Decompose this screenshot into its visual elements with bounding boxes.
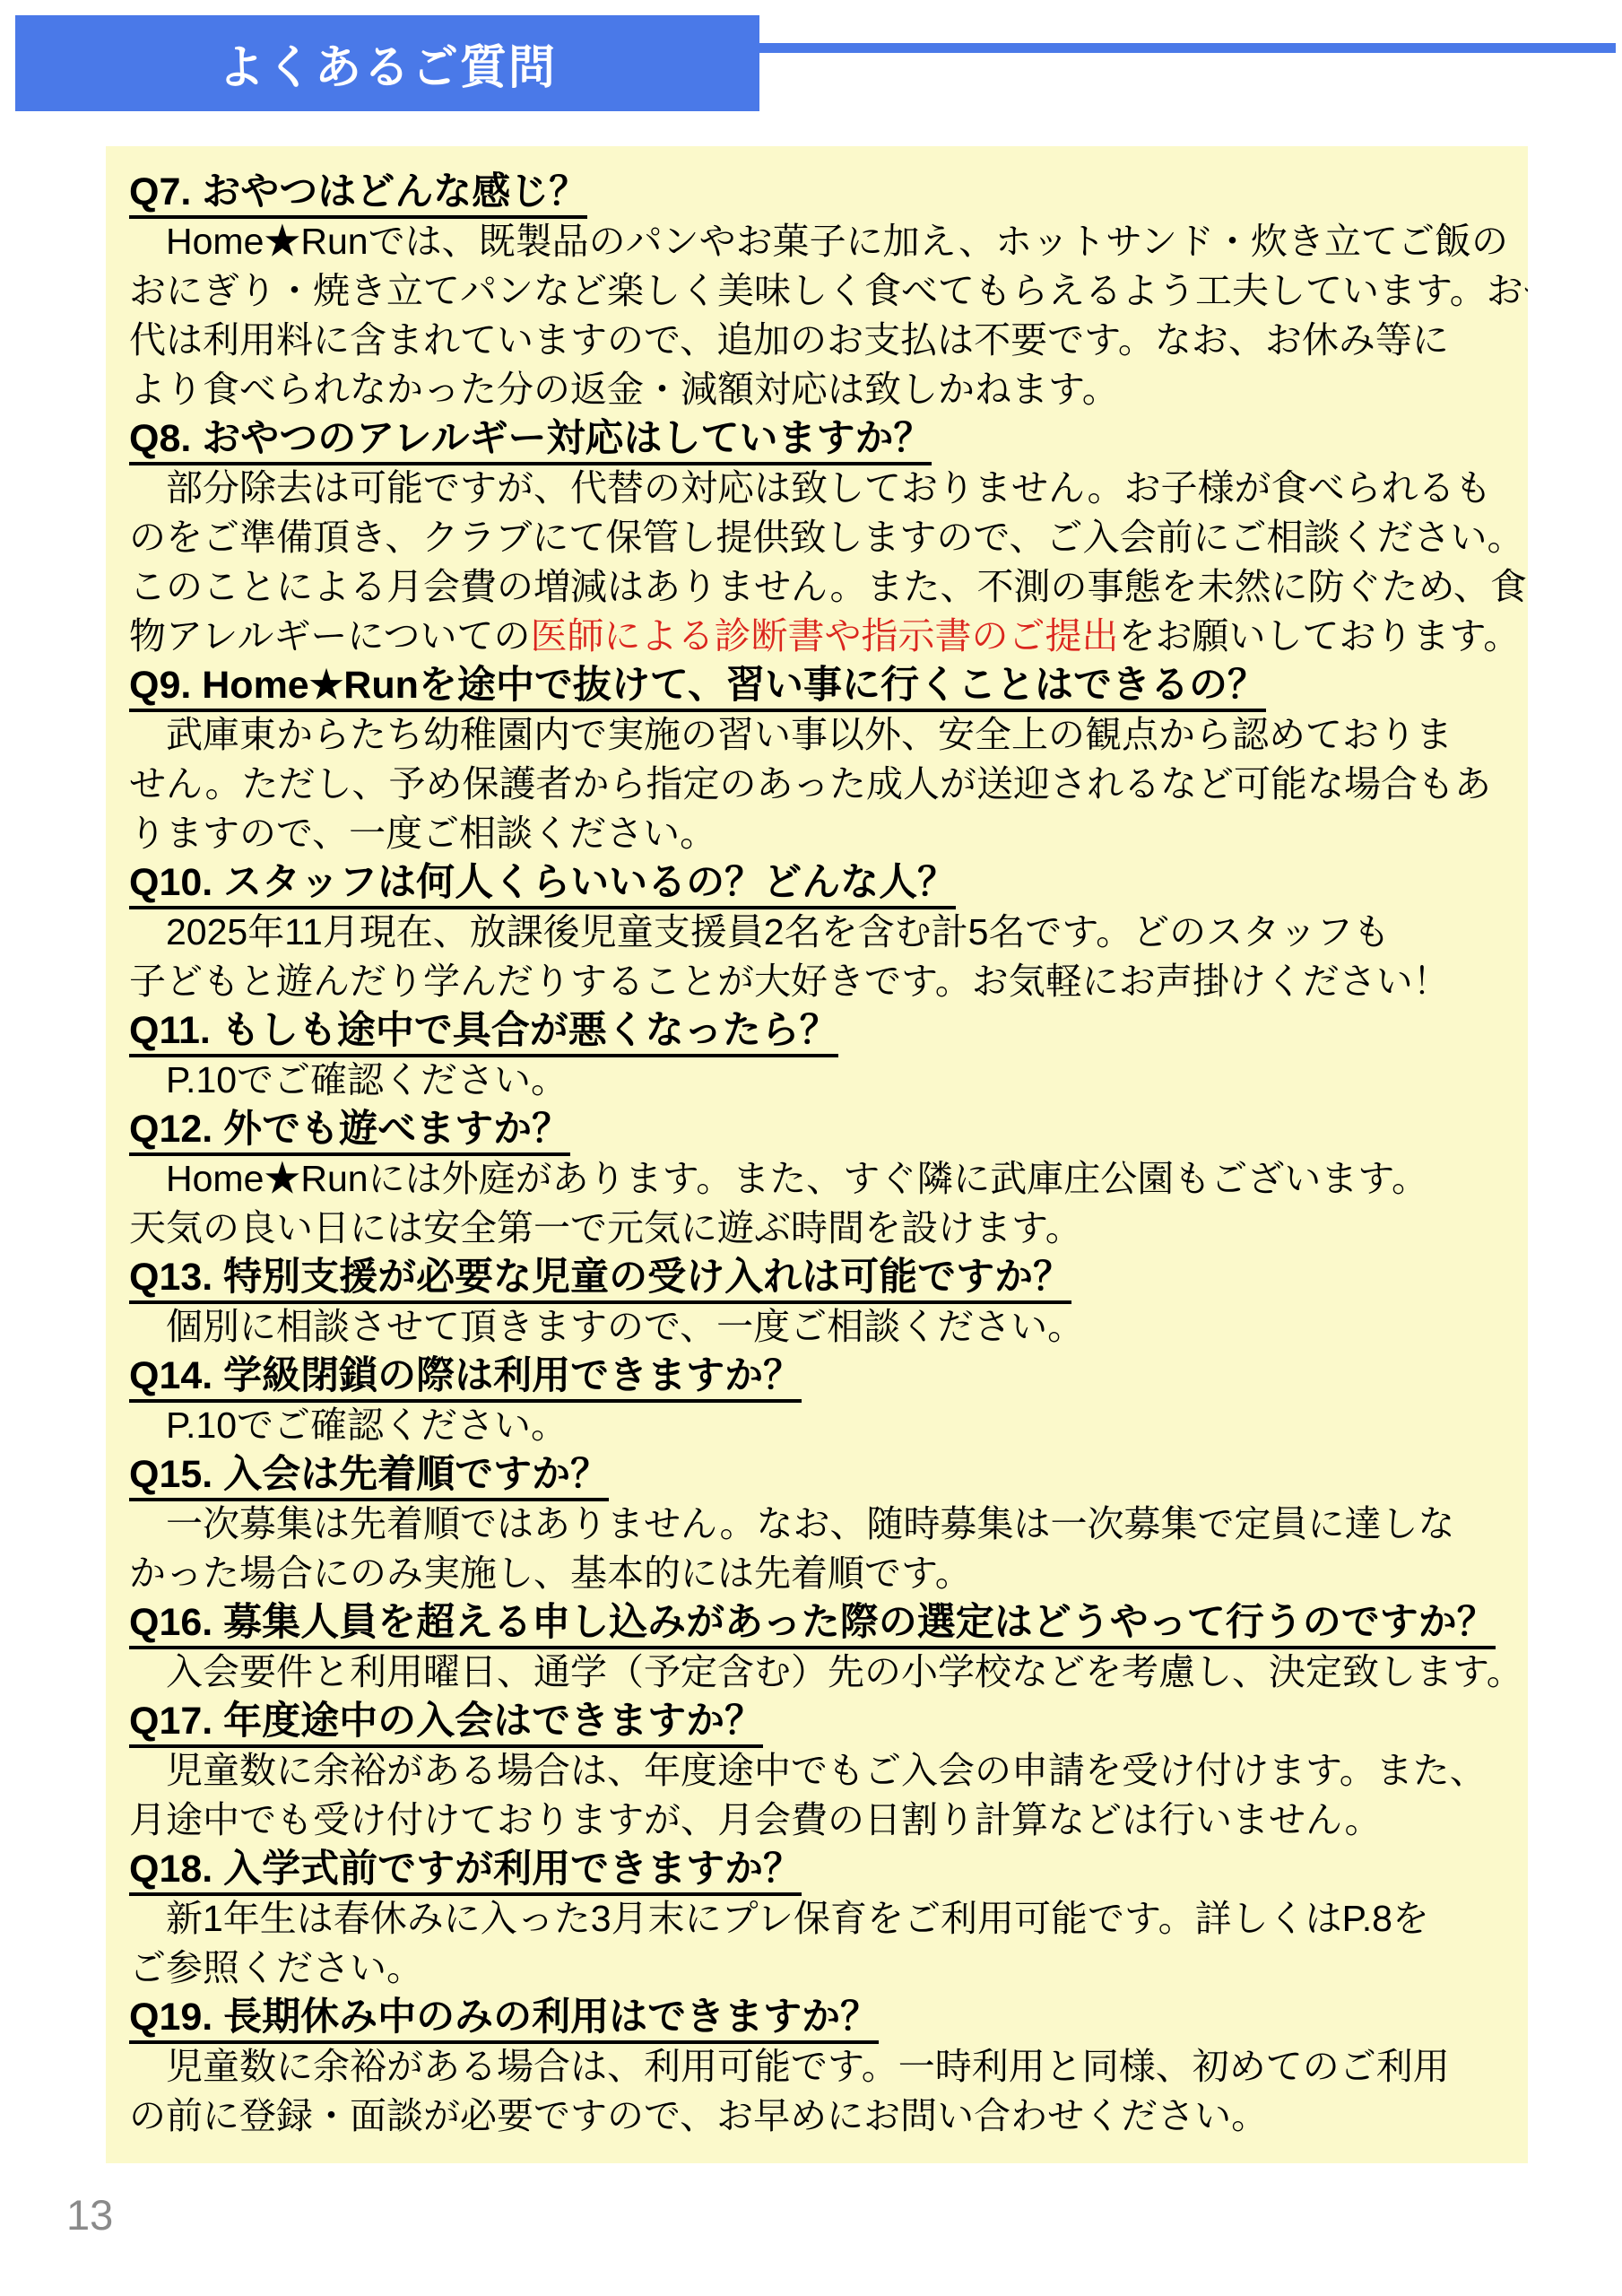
faq-question-text: Q7. おやつはどんな感じ？ (129, 170, 587, 219)
faq-answer-line: 一次募集は先着順ではありません。なお、随時募集は一次募集で定員に達しな (129, 1500, 1505, 1549)
faq-question-text: Q15. 入会は先着順ですか？ (129, 1453, 609, 1501)
answer-text: 武庫東からたち幼稚園内で実施の習い事以外、安全上の観点から認めておりま (129, 714, 1453, 755)
faq-question: Q14. 学級閉鎖の際は利用できますか？ (129, 1352, 1505, 1401)
highlighted-text: 医師による診断書や指示書のご提出 (531, 615, 1119, 657)
faq-answer-line: より食べられなかった分の返金・減額対応は致しかねます。 (129, 365, 1505, 414)
answer-text: 物アレルギーについての (129, 615, 531, 657)
answer-text: 個別に相談させて頂きますので、一度ご相談ください。 (129, 1306, 1084, 1347)
answer-text: 児童数に余裕がある場合は、利用可能です。一時利用と同様、初めてのご利用 (129, 2046, 1450, 2087)
faq-question: Q8. おやつのアレルギー対応はしていますか？ (129, 414, 1505, 464)
answer-text: をお願いしております。 (1119, 615, 1521, 657)
faq-question: Q19. 長期休み中のみの利用はできますか？ (129, 1993, 1505, 2042)
faq-question-text: Q18. 入学式前ですが利用できますか？ (129, 1848, 802, 1896)
answer-text: 月途中でも受け付けておりますが、月会費の日割り計算などは行いません。 (129, 1799, 1381, 1840)
faq-answer-line: P.10でご確認ください。 (129, 1401, 1505, 1450)
faq-question-text: Q10. スタッフは何人くらいいるの？どんな人？ (129, 861, 956, 909)
faq-answer-line: 児童数に余裕がある場合は、利用可能です。一時利用と同様、初めてのご利用 (129, 2042, 1505, 2092)
answer-text: 新1年生は春休みに入った3月末にプレ保育をご利用可能です。詳しくはP.8を (129, 1898, 1429, 1939)
faq-question: Q12. 外でも遊べますか？ (129, 1105, 1505, 1154)
faq-answer-line: 児童数に余裕がある場合は、年度途中でもご入会の申請を受け付けます。また、 (129, 1746, 1505, 1796)
answer-text: ご参照ください。 (129, 1947, 423, 1988)
faq-answer-line: 武庫東からたち幼稚園内で実施の習い事以外、安全上の観点から認めておりま (129, 710, 1505, 760)
faq-panel: Q7. おやつはどんな感じ？ Home★Runでは、既製品のパンやお菓子に加え、… (106, 146, 1528, 2163)
answer-text: 一次募集は先着順ではありません。なお、随時募集は一次募集で定員に達しな (129, 1503, 1454, 1544)
faq-question: Q9. Home★Runを途中で抜けて、習い事に行くことはできるの？ (129, 661, 1505, 710)
answer-text: Home★Runでは、既製品のパンやお菓子に加え、ホットサンド・炊き立てご飯の (129, 221, 1508, 262)
faq-question-text: Q11. もしも途中で具合が悪くなったら？ (129, 1009, 838, 1057)
answer-text: 2025年11月現在、放課後児童支援員2名を含む計5名です。どのスタッフも (129, 911, 1390, 952)
answer-text: P.10でご確認ください。 (129, 1059, 568, 1100)
faq-answer-line: 個別に相談させて頂きますので、一度ご相談ください。 (129, 1302, 1505, 1352)
answer-text: 天気の良い日には安全第一で元気に遊ぶ時間を設けます。 (129, 1207, 1082, 1248)
answer-text: 入会要件と利用曜日、通学（予定含む）先の小学校などを考慮し、決定致します。 (129, 1651, 1523, 1692)
faq-answer-line: のをご準備頂き、クラブにて保管し提供致しますので、ご入会前にご相談ください。 (129, 513, 1505, 562)
answer-text: の前に登録・面談が必要ですので、お早めにお問い合わせください。 (129, 2095, 1268, 2136)
faq-question-text: Q12. 外でも遊べますか？ (129, 1108, 570, 1156)
page-title: よくあるご質問 (218, 30, 557, 97)
faq-question: Q11. もしも途中で具合が悪くなったら？ (129, 1006, 1505, 1056)
faq-question-text: Q17. 年度途中の入会はできますか？ (129, 1700, 763, 1748)
faq-answer-line: Home★Runには外庭があります。また、すぐ隣に武庫庄公園もございます。 (129, 1154, 1505, 1204)
faq-question: Q15. 入会は先着順ですか？ (129, 1450, 1505, 1500)
answer-text: このことによる月会費の増減はありません。また、不測の事態を未然に防ぐため、食 (129, 566, 1527, 607)
answer-text: 児童数に余裕がある場合は、年度途中でもご入会の申請を受け付けます。また、 (129, 1750, 1487, 1791)
faq-question: Q7. おやつはどんな感じ？ (129, 168, 1505, 217)
answer-text: りますので、一度ご相談ください。 (129, 813, 716, 854)
faq-answer-line: 部分除去は可能ですが、代替の対応は致しておりません。お子様が食べられるも (129, 464, 1505, 513)
faq-answer-line: りますので、一度ご相談ください。 (129, 809, 1505, 858)
faq-question: Q17. 年度途中の入会はできますか？ (129, 1697, 1505, 1746)
answer-text: 部分除去は可能ですが、代替の対応は致しておりません。お子様が食べられるも (129, 467, 1491, 509)
faq-answer-line: 入会要件と利用曜日、通学（予定含む）先の小学校などを考慮し、決定致します。 (129, 1648, 1505, 1697)
faq-answer-line: 新1年生は春休みに入った3月末にプレ保育をご利用可能です。詳しくはP.8を (129, 1894, 1505, 1944)
answer-text: かった場合にのみ実施し、基本的には先着順です。 (129, 1552, 972, 1594)
answer-text: Home★Runには外庭があります。また、すぐ隣に武庫庄公園もございます。 (129, 1158, 1428, 1199)
faq-answer-line: おにぎり・焼き立てパンなど楽しく美味しく食べてもらえるよう工夫しています。おやつ (129, 266, 1505, 316)
faq-answer-line: 月途中でも受け付けておりますが、月会費の日割り計算などは行いません。 (129, 1796, 1505, 1845)
faq-question: Q16. 募集人員を超える申し込みがあった際の選定はどうやって行うのですか？ (129, 1598, 1505, 1648)
faq-question: Q18. 入学式前ですが利用できますか？ (129, 1845, 1505, 1894)
faq-question-text: Q9. Home★Runを途中で抜けて、習い事に行くことはできるの？ (129, 664, 1266, 712)
document-page: よくあるご質問 Q7. おやつはどんな感じ？ Home★Runでは、既製品のパン… (0, 0, 1622, 2296)
faq-answer-line: 子どもと遊んだり学んだりすることが大好きです。お気軽にお声掛けください！ (129, 957, 1505, 1006)
answer-text: 代は利用料に含まれていますので、追加のお支払は不要です。なお、お休み等に (129, 319, 1449, 361)
header-rule (759, 43, 1616, 53)
header-band: よくあるご質問 (15, 15, 759, 111)
faq-question: Q10. スタッフは何人くらいいるの？どんな人？ (129, 858, 1505, 908)
answer-text: より食べられなかった分の返金・減額対応は致しかねます。 (129, 369, 1119, 410)
answer-text: 子どもと遊んだり学んだりすることが大好きです。お気軽にお声掛けください！ (129, 961, 1450, 1002)
faq-answer-line: ご参照ください。 (129, 1944, 1505, 1993)
faq-answer-line: P.10でご確認ください。 (129, 1056, 1505, 1105)
faq-answer-line: 代は利用料に含まれていますので、追加のお支払は不要です。なお、お休み等に (129, 316, 1505, 365)
faq-question-text: Q13. 特別支援が必要な児童の受け入れは可能ですか？ (129, 1256, 1071, 1304)
answer-text: P.10でご確認ください。 (129, 1405, 568, 1446)
answer-text: せん。ただし、予め保護者から指定のあった成人が送迎されるなど可能な場合もあ (129, 763, 1491, 804)
faq-answer-line: 天気の良い日には安全第一で元気に遊ぶ時間を設けます。 (129, 1204, 1505, 1253)
answer-text: のをご準備頂き、クラブにて保管し提供致しますので、ご入会前にご相談ください。 (129, 517, 1524, 558)
faq-question-text: Q16. 募集人員を超える申し込みがあった際の選定はどうやって行うのですか？ (129, 1601, 1496, 1649)
faq-answer-line: 物アレルギーについての医師による診断書や指示書のご提出をお願いしております。 (129, 612, 1505, 661)
page-number: 13 (66, 2190, 113, 2239)
faq-answer-line: このことによる月会費の増減はありません。また、不測の事態を未然に防ぐため、食 (129, 562, 1505, 612)
faq-question-text: Q8. おやつのアレルギー対応はしていますか？ (129, 417, 932, 465)
faq-answer-line: Home★Runでは、既製品のパンやお菓子に加え、ホットサンド・炊き立てご飯の (129, 217, 1505, 266)
answer-text: おにぎり・焼き立てパンなど楽しく美味しく食べてもらえるよう工夫しています。おやつ (129, 270, 1528, 311)
faq-question-text: Q19. 長期休み中のみの利用はできますか？ (129, 1996, 879, 2044)
faq-answer-line: の前に登録・面談が必要ですので、お早めにお問い合わせください。 (129, 2092, 1505, 2141)
faq-question-text: Q14. 学級閉鎖の際は利用できますか？ (129, 1354, 802, 1403)
faq-answer-line: 2025年11月現在、放課後児童支援員2名を含む計5名です。どのスタッフも (129, 908, 1505, 957)
faq-answer-line: かった場合にのみ実施し、基本的には先着順です。 (129, 1549, 1505, 1598)
faq-question: Q13. 特別支援が必要な児童の受け入れは可能ですか？ (129, 1253, 1505, 1302)
faq-answer-line: せん。ただし、予め保護者から指定のあった成人が送迎されるなど可能な場合もあ (129, 760, 1505, 809)
